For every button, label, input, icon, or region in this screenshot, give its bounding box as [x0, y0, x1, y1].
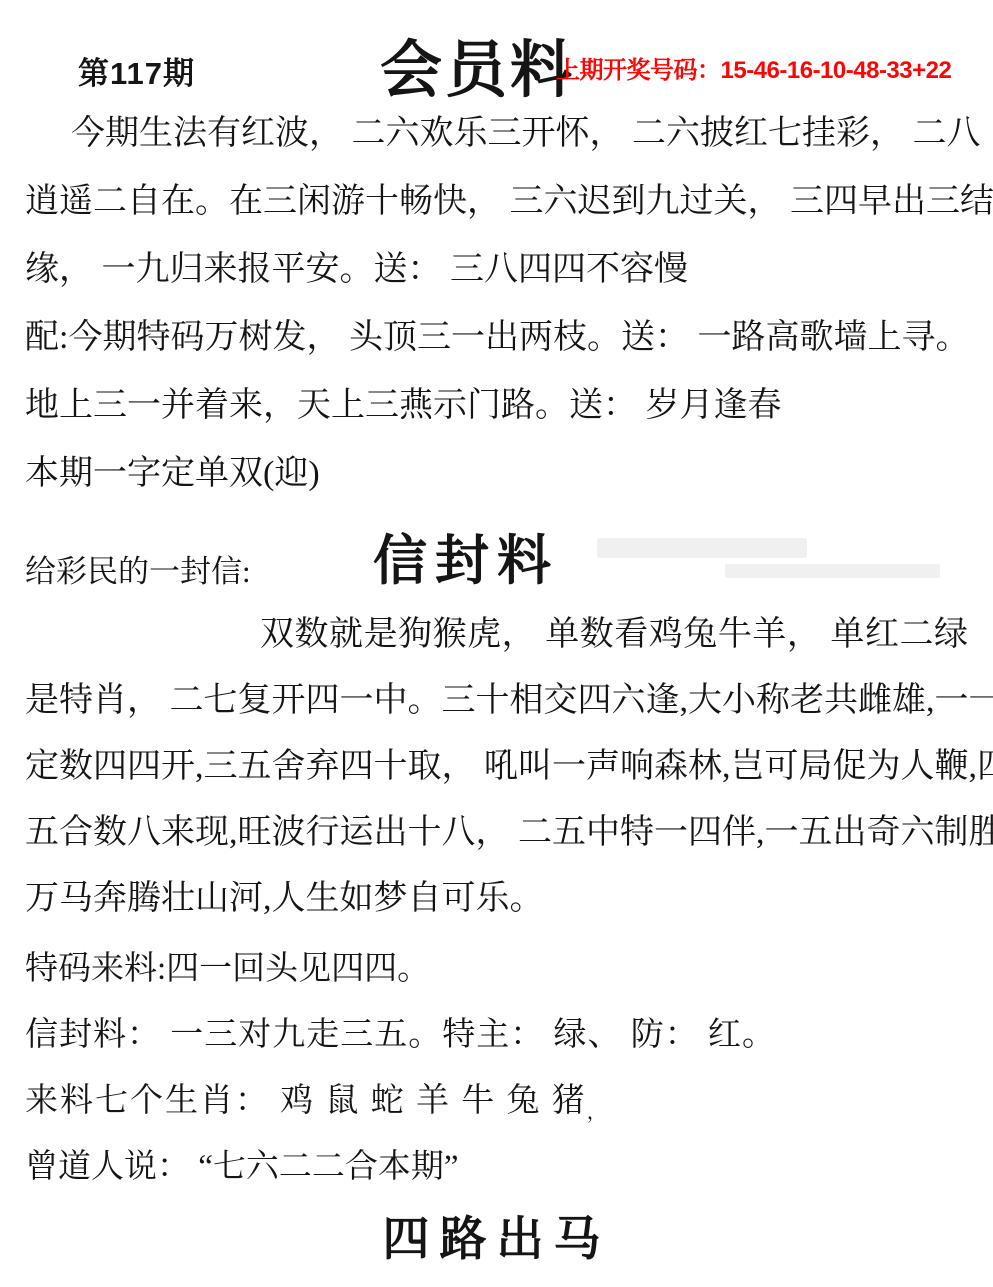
- zodiac-list-line: 来料七个生肖： 鸡 鼠 蛇 羊 牛 兔 猪，: [25, 1074, 968, 1125]
- letter-section-title: 信封料: [373, 518, 559, 595]
- paragraph-line: 是特肖， 二七复开四一中。三十相交四六逢,大小称老共雌雄,一一: [25, 668, 968, 734]
- member-material-paragraph: 今期生法有红波， 二六欢乐三开怀， 二六披红七挂彩， 二八 逍遥二自在。在三闲游…: [25, 100, 968, 508]
- paragraph-line: 五合数八来现,旺波行运出十八， 二五中特一四伴,一五出奇六制胜,: [25, 800, 968, 866]
- issue-number-label: 第117期: [78, 48, 195, 93]
- special-code-line: 特码来料:四一回头见四四。: [25, 942, 968, 989]
- paragraph-line: 万马奔腾壮山河,人生如梦自可乐。: [25, 866, 968, 932]
- last-draw-numbers: 上期开奖号码：15-46-16-10-48-33+22: [556, 50, 986, 85]
- zeng-quote-line: 曾道人说： “七六二二合本期”: [25, 1140, 968, 1187]
- zodiac-list-text: 来料七个生肖： 鸡 鼠 蛇 羊 牛 兔 猪: [25, 1083, 587, 1119]
- page-title: 会员料: [380, 20, 575, 109]
- paragraph-line: 缘， 一九归来报平安。送： 三八四四不容慢: [25, 236, 968, 304]
- paragraph-line: 今期生法有红波， 二六欢乐三开怀， 二六披红七挂彩， 二八: [25, 100, 968, 168]
- tip-sheet-page: 第117期 会员料 上期开奖号码：15-46-16-10-48-33+22 今期…: [0, 0, 993, 1287]
- letter-body-paragraph: 双数就是狗猴虎， 单数看鸡兔牛羊， 单红二绿 是特肖， 二七复开四一中。三十相交…: [25, 602, 968, 932]
- paragraph-line: 双数就是狗猴虎， 单数看鸡兔牛羊， 单红二绿: [260, 602, 968, 668]
- paragraph-line: 配:今期特码万树发， 头顶三一出两枝。送： 一路高歌墙上寻。: [25, 304, 968, 372]
- faded-print-artifact: [597, 538, 807, 558]
- paragraph-line: 本期一字定单双(迎): [25, 440, 968, 508]
- envelope-tip-line: 信封料： 一三对九走三五。特主： 绿、 防： 红。: [25, 1008, 968, 1055]
- faded-print-artifact: [725, 564, 940, 578]
- footer-title: 四路出马: [0, 1202, 993, 1269]
- zodiac-trailing-mark: ，: [587, 1102, 609, 1124]
- letter-intro-label: 给彩民的一封信:: [25, 546, 251, 591]
- paragraph-line: 地上三一并着来，天上三燕示门路。送： 岁月逢春: [25, 372, 968, 440]
- paragraph-line: 定数四四开,三五舍弃四十取， 吼叫一声响森林,岂可局促为人鞭,四: [25, 734, 968, 800]
- paragraph-line: 逍遥二自在。在三闲游十畅快， 三六迟到九过关， 三四早出三结: [25, 168, 968, 236]
- letter-section-header: 给彩民的一封信: 信封料: [25, 520, 968, 606]
